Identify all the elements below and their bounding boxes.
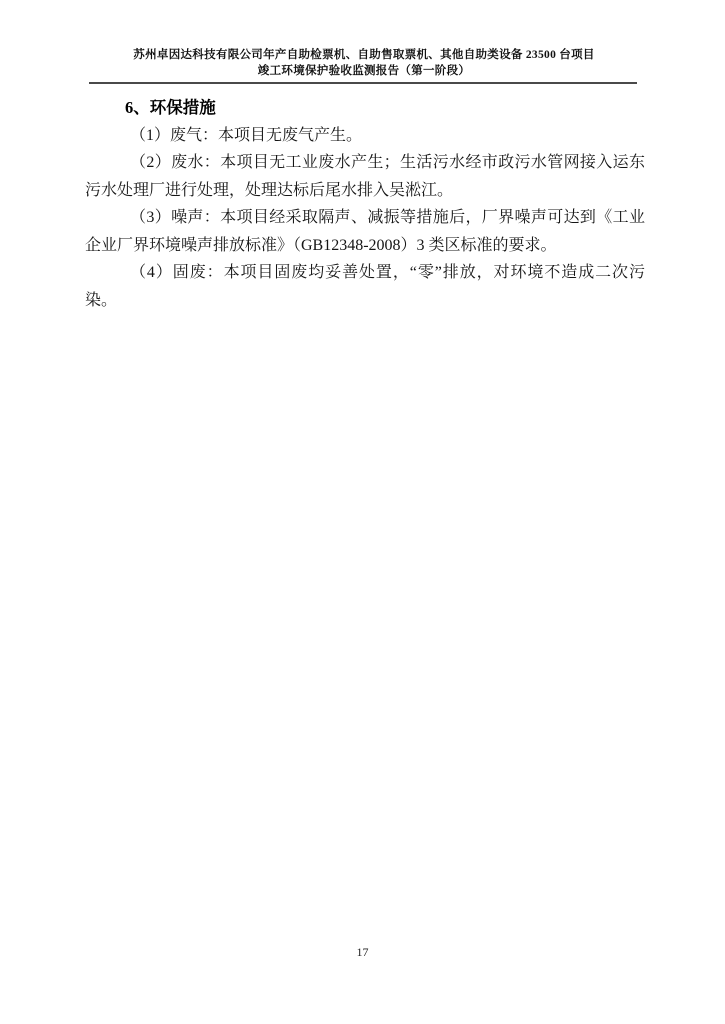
- header-title-line-1: 苏州卓因达科技有限公司年产自助检票机、自助售取票机、其他自助类设备 23500 …: [90, 47, 638, 63]
- page-number: 17: [357, 945, 369, 959]
- page-footer: 17: [0, 944, 725, 960]
- paragraph-noise: （3）噪声：本项目经采取隔声、减振等措施后，厂界噪声可达到《工业企业厂界环境噪声…: [85, 204, 645, 259]
- page-header: 苏州卓因达科技有限公司年产自助检票机、自助售取票机、其他自助类设备 23500 …: [90, 47, 638, 79]
- document-body: 6、环保措施 （1）废气：本项目无废气产生。 （2）废水：本项目无工业废水产生；…: [85, 94, 645, 314]
- document-page: 苏州卓因达科技有限公司年产自助检票机、自助售取票机、其他自助类设备 23500 …: [0, 0, 725, 1024]
- paragraph-waste-water: （2）废水：本项目无工业废水产生；生活污水经市政污水管网接入运东污水处理厂进行处…: [85, 149, 645, 204]
- header-title-line-2: 竣工环境保护验收监测报告（第一阶段）: [90, 63, 638, 79]
- paragraph-solid-waste: （4）固废：本项目固废均妥善处置，“零”排放，对环境不造成二次污染。: [85, 259, 645, 314]
- header-divider: [89, 82, 637, 84]
- paragraph-waste-gas: （1）废气：本项目无废气产生。: [85, 122, 645, 150]
- section-heading: 6、环保措施: [85, 94, 645, 122]
